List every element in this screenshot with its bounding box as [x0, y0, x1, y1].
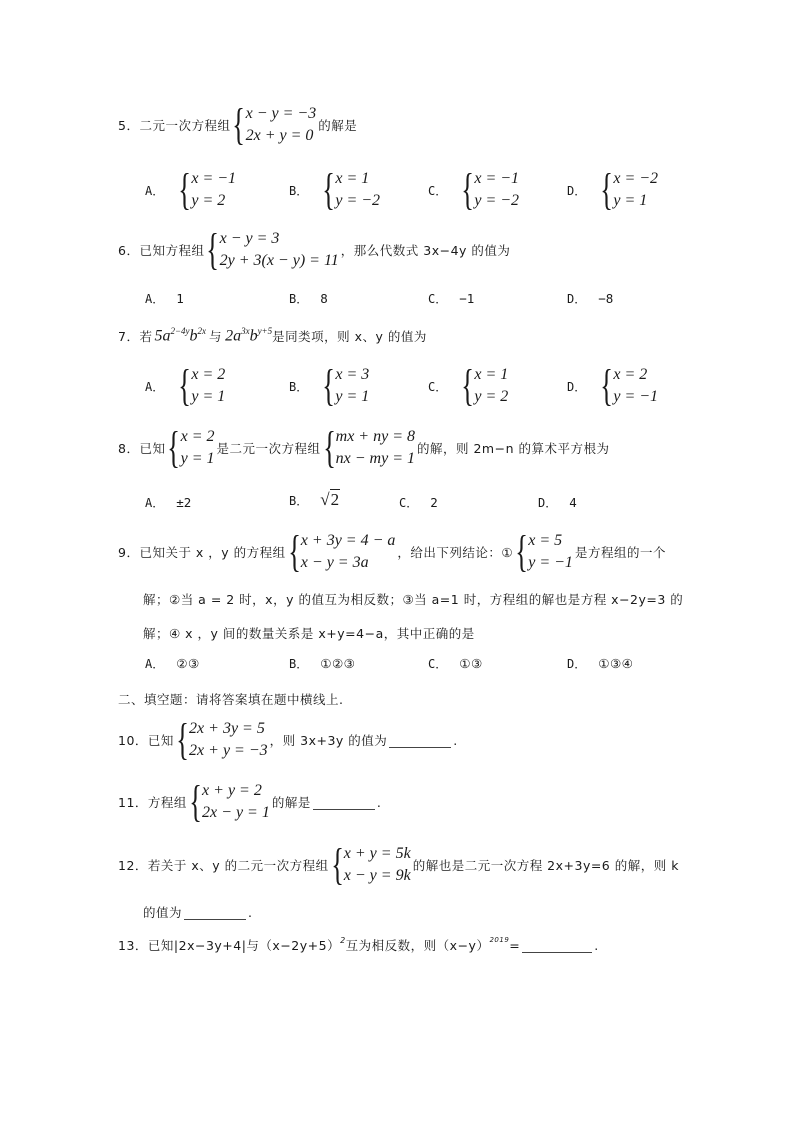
equation-line: x − y = 3a: [301, 552, 396, 574]
question-stem: 解；④ x ，y 间的数量关系是 x+y=4−a，其中正确的是: [143, 624, 475, 642]
question-9: 9． 已知关于 x ，y 的方程组 { x + 3y = 4 − a x − y…: [118, 530, 666, 574]
equation-line: mx + ny = 8: [336, 426, 415, 448]
equation-line: nx − my = 1: [336, 448, 415, 470]
option-value: −8: [598, 291, 613, 306]
option-value: 2: [430, 495, 438, 510]
equation-line: y = −1: [613, 386, 658, 408]
option-label: C．: [428, 182, 447, 199]
equation-line: x = 3: [335, 364, 369, 386]
option-value: ①③④: [598, 656, 633, 671]
question-8: 8． 已知 { x = 2 y = 1 是二元一次方程组 { mx + ny =…: [118, 426, 609, 470]
option-d[interactable]: D． { x = 2y = −1: [567, 364, 660, 408]
question-stem: ，给出下列结论：①: [397, 543, 513, 561]
brace-icon: {: [207, 228, 220, 272]
question-number: 5．: [118, 116, 139, 134]
answer-blank[interactable]: [522, 938, 592, 953]
question-number: 6．: [118, 241, 139, 259]
question-10: 10． 已知 { 2x + 3y = 5 2x + y = −3 ，则 3x+3…: [118, 718, 458, 762]
option-label: C．: [428, 378, 447, 395]
equation-line: y = 1: [613, 190, 658, 212]
equation-line: y = −2: [474, 190, 519, 212]
equation-line: x = 2: [181, 426, 215, 448]
brace-icon: {: [322, 168, 335, 212]
question-stem: 的解是: [318, 116, 357, 134]
equation-line: 2x + y = −3: [189, 740, 268, 762]
equation-line: y = 1: [335, 386, 369, 408]
option-a[interactable]: A． { x = −1y = 2: [145, 168, 238, 212]
equation-line: x + y = 2: [202, 780, 270, 802]
exponent: 2x: [198, 326, 207, 336]
option-b[interactable]: B． 8: [289, 290, 328, 307]
option-label: D．: [567, 290, 586, 307]
brace-icon: {: [233, 103, 246, 147]
option-a[interactable]: A． 1: [145, 290, 184, 307]
question-9-line-2: 解；②当 a = 2 时，x，y 的值互为相反数；③当 a=1 时，方程组的解也…: [143, 590, 683, 608]
option-c[interactable]: C． ①③: [428, 655, 483, 672]
option-label: D．: [567, 655, 586, 672]
exponent: 2019: [489, 936, 509, 944]
question-12-line-2: 的值为 .: [143, 903, 253, 921]
question-stem: 解；②当 a = 2 时，x，y 的值互为相反数；③当 a=1 时，方程组的解也…: [143, 590, 683, 608]
equation-system: { x + 3y = 4 − a x − y = 3a: [288, 530, 396, 574]
question-stem: 已知方程组: [139, 241, 204, 259]
option-label: A．: [145, 290, 164, 307]
term-base: 5a: [154, 327, 170, 344]
equation-line: x + 3y = 4 − a: [301, 530, 396, 552]
option-b[interactable]: B． ①②③: [289, 655, 355, 672]
option-label: B．: [289, 655, 308, 672]
equation-line: x = 2: [191, 364, 225, 386]
option-label: A．: [145, 655, 164, 672]
equation-line: x − y = −3: [246, 103, 317, 125]
brace-icon: {: [461, 364, 474, 408]
question-number: 8．: [118, 439, 139, 457]
worksheet-page: 5． 二元一次方程组 { x − y = −3 2x + y = 0 的解是 A…: [0, 0, 793, 1122]
question-stem: 是方程组的一个: [575, 543, 666, 561]
question-number: 7．: [118, 327, 139, 345]
question-stem: 二元一次方程组: [139, 116, 230, 134]
option-label: D．: [567, 182, 586, 199]
question-13: 13． 已知|2x−3y+4|与（x−2y+5） 2 互为相反数，则（x−y） …: [118, 936, 599, 954]
question-stem: 的值为: [143, 903, 182, 921]
option-value: 1: [176, 291, 184, 306]
option-label: A．: [145, 494, 164, 511]
question-12: 12． 若关于 x、y 的二元一次方程组 { x + y = 5k x − y …: [118, 843, 679, 887]
question-stem: ，则 3x+3y 的值为: [270, 731, 388, 749]
option-label: B．: [289, 492, 308, 509]
question-stem: 方程组: [148, 793, 187, 811]
equation-system: { x + y = 5k x − y = 9k: [331, 843, 411, 887]
option-label: D．: [567, 378, 586, 395]
question-number: 11．: [118, 793, 148, 811]
equation-system: { mx + ny = 8 nx − my = 1: [323, 426, 415, 470]
option-b[interactable]: B． √2: [289, 490, 340, 510]
section-heading: 二、填空题：请将答案填在题中横线上.: [118, 690, 343, 708]
term-base: 2a: [225, 327, 241, 344]
option-label: B．: [289, 182, 308, 199]
equation-system: { x − y = 3 2y + 3(x − y) = 11: [206, 228, 338, 272]
equation-line: y = −2: [335, 190, 380, 212]
option-c[interactable]: C． −1: [428, 290, 474, 307]
option-a[interactable]: A． ±2: [145, 494, 191, 511]
brace-icon: {: [331, 843, 344, 887]
question-stem: 若: [139, 327, 152, 345]
option-b[interactable]: B． { x = 1y = −2: [289, 168, 382, 212]
option-label: B．: [289, 378, 308, 395]
equation-line: 2x − y = 1: [202, 802, 270, 824]
question-stem: ，那么代数式 3x−4y 的值为: [341, 241, 511, 259]
brace-icon: {: [189, 780, 202, 824]
option-label: C．: [399, 494, 418, 511]
punctuation: .: [453, 733, 457, 748]
question-stem: 若关于 x、y 的二元一次方程组: [148, 856, 329, 874]
brace-icon: {: [600, 168, 613, 212]
brace-icon: {: [323, 426, 336, 470]
option-c[interactable]: C． { x = 1y = 2: [428, 364, 510, 408]
option-value: −1: [459, 291, 474, 306]
punctuation: .: [377, 795, 381, 810]
question-number: 10．: [118, 731, 148, 749]
question-stem: 与: [209, 327, 222, 345]
option-d[interactable]: D． ①③④: [567, 655, 633, 672]
equation-line: y = −1: [528, 552, 573, 574]
question-stem: 已知关于 x ，y 的方程组: [139, 543, 285, 561]
answer-blank[interactable]: [313, 795, 375, 810]
brace-icon: {: [461, 168, 474, 212]
term-base: b: [190, 327, 198, 344]
punctuation: .: [594, 938, 598, 953]
term-1: 5a2−4yb2x: [154, 326, 206, 345]
question-number: 13．: [118, 936, 148, 954]
exponent: 2−4y: [170, 326, 189, 336]
option-value: ①②③: [320, 656, 355, 671]
equation-line: 2x + 3y = 5: [189, 718, 268, 740]
question-stem: 是二元一次方程组: [217, 439, 321, 457]
option-value: ②③: [176, 656, 199, 671]
equation-line: x = 2: [613, 364, 658, 386]
option-b[interactable]: B． { x = 3y = 1: [289, 364, 371, 408]
term-2: 2a3xby+5: [225, 326, 272, 345]
exponent: y+5: [258, 326, 273, 336]
equation-system: { 2x + 3y = 5 2x + y = −3: [176, 718, 268, 762]
equation-line: x = 5: [528, 530, 573, 552]
brace-icon: {: [178, 168, 191, 212]
question-stem: 的解也是二元一次方程 2x+3y=6 的解，则 k: [413, 856, 679, 874]
question-stem: 的解是: [272, 793, 311, 811]
equation-line: x + y = 5k: [344, 843, 411, 865]
equation-line: y = 1: [181, 448, 215, 470]
equation-line: y = 2: [474, 386, 508, 408]
brace-icon: {: [322, 364, 335, 408]
section-title: 二、填空题：请将答案填在题中横线上.: [118, 690, 343, 708]
equation-system: { x + y = 2 2x − y = 1: [189, 780, 270, 824]
question-stem: 的解，则 2m−n 的算术平方根为: [417, 439, 609, 457]
option-value: ①③: [459, 656, 482, 671]
equation-line: x − y = 3: [220, 228, 339, 250]
brace-icon: {: [178, 364, 191, 408]
option-d[interactable]: D． { x = −2y = 1: [567, 168, 660, 212]
term-base: b: [250, 327, 258, 344]
equation-system: { x = 2 y = 1: [167, 426, 214, 470]
option-label: D．: [538, 494, 557, 511]
option-value: ±2: [176, 495, 191, 510]
equation-line: x = −1: [474, 168, 519, 190]
equation-line: 2x + y = 0: [246, 125, 317, 147]
question-stem: 是同类项，则 x、y 的值为: [272, 327, 427, 345]
equation-line: 2y + 3(x − y) = 11: [220, 250, 339, 272]
equation-line: x − y = 9k: [344, 865, 411, 887]
option-c[interactable]: C． 2: [399, 494, 438, 511]
equation-line: x = 1: [335, 168, 380, 190]
equation-line: x = 1: [474, 364, 508, 386]
question-11: 11． 方程组 { x + y = 2 2x − y = 1 的解是 .: [118, 780, 381, 824]
equation-system: { x = 5 y = −1: [515, 530, 573, 574]
question-7: 7． 若 5a2−4yb2x 与 2a3xby+5 是同类项，则 x、y 的值为: [118, 326, 427, 345]
radicand: 2: [330, 489, 341, 509]
question-6: 6． 已知方程组 { x − y = 3 2y + 3(x − y) = 11 …: [118, 228, 510, 272]
brace-icon: {: [600, 364, 613, 408]
option-a[interactable]: A． ②③: [145, 655, 200, 672]
question-stem: 已知: [139, 439, 165, 457]
question-9-line-3: 解；④ x ，y 间的数量关系是 x+y=4−a，其中正确的是: [143, 624, 475, 642]
brace-icon: {: [168, 426, 181, 470]
question-stem: =: [509, 938, 520, 953]
option-label: A．: [145, 182, 164, 199]
option-label: A．: [145, 378, 164, 395]
equation-line: x = −2: [613, 168, 658, 190]
answer-blank[interactable]: [389, 733, 451, 748]
brace-icon: {: [288, 530, 301, 574]
brace-icon: {: [515, 530, 528, 574]
option-d[interactable]: D． 4: [538, 494, 577, 511]
option-a[interactable]: A． { x = 2y = 1: [145, 364, 227, 408]
question-number: 12．: [118, 856, 148, 874]
option-d[interactable]: D． −8: [567, 290, 613, 307]
equation-system: { x − y = −3 2x + y = 0: [232, 103, 316, 147]
question-number: 9．: [118, 543, 139, 561]
option-c[interactable]: C． { x = −1y = −2: [428, 168, 521, 212]
answer-blank[interactable]: [184, 905, 246, 920]
option-label: C．: [428, 290, 447, 307]
question-5: 5． 二元一次方程组 { x − y = −3 2x + y = 0 的解是: [118, 103, 357, 147]
equation-line: x = −1: [191, 168, 236, 190]
equation-line: y = 1: [191, 386, 225, 408]
option-value: 8: [320, 291, 328, 306]
option-label: C．: [428, 655, 447, 672]
square-root: √2: [320, 490, 340, 510]
question-stem: 已知: [148, 731, 174, 749]
exponent: 3x: [241, 326, 250, 336]
brace-icon: {: [176, 718, 189, 762]
equation-line: y = 2: [191, 190, 236, 212]
option-label: B．: [289, 290, 308, 307]
punctuation: .: [248, 905, 252, 920]
question-stem: 已知|2x−3y+4|与（x−2y+5）: [148, 936, 340, 954]
option-value: 4: [569, 495, 577, 510]
question-stem: 互为相反数，则（x−y）: [346, 936, 490, 954]
